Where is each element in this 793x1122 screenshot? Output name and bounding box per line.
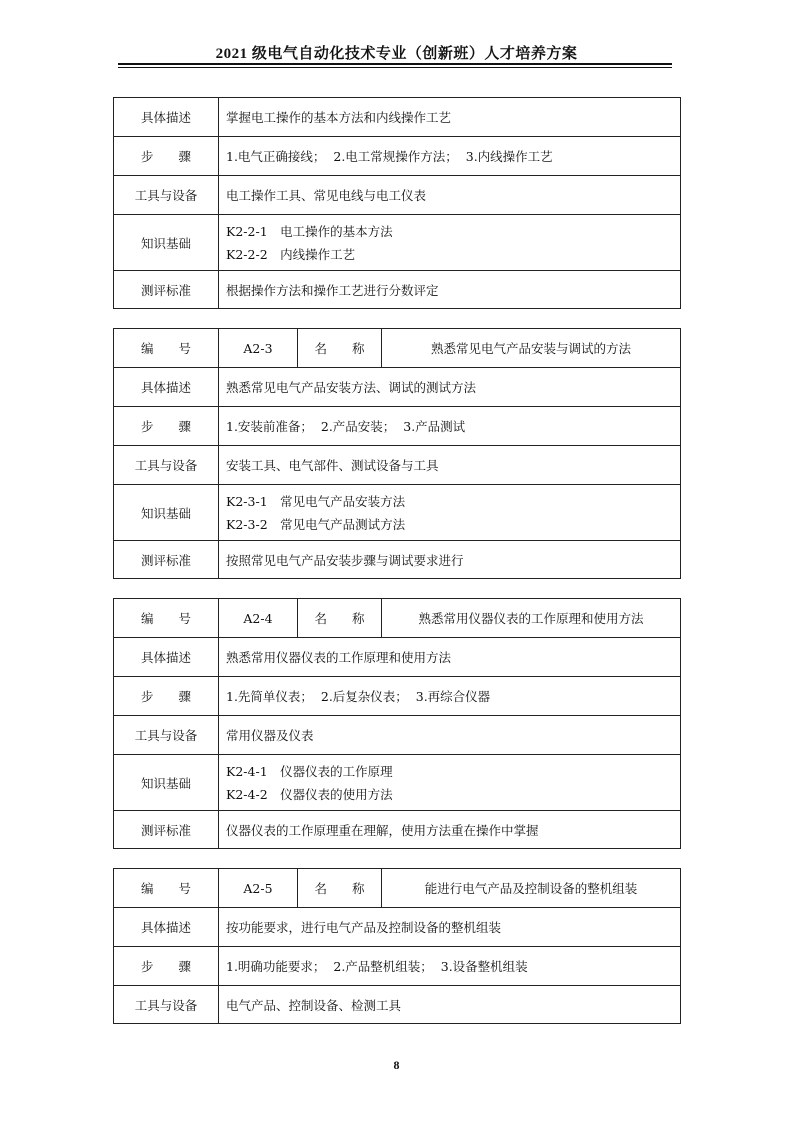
label-tools: 工具与设备 — [114, 446, 219, 485]
label-description: 具体描述 — [114, 908, 219, 947]
value-description: 按功能要求，进行电气产品及控制设备的整机组装 — [219, 908, 681, 947]
value-evaluation: 按照常见电气产品安装步骤与调试要求进行 — [219, 541, 681, 579]
label-name: 名 称 — [298, 599, 382, 638]
value-name: 能进行电气产品及控制设备的整机组装 — [382, 869, 681, 908]
row-evaluation: 测评标准 仪器仪表的工作原理重在理解，使用方法重在操作中掌握 — [114, 811, 681, 849]
label-name: 名 称 — [298, 329, 382, 368]
row-header: 编 号 A2-3 名 称 熟悉常见电气产品安装与调试的方法 — [114, 329, 681, 368]
label-knowledge: 知识基础 — [114, 215, 219, 271]
label-code: 编 号 — [114, 869, 219, 908]
label-knowledge: 知识基础 — [114, 755, 219, 811]
ability-table-a2-4: 编 号 A2-4 名 称 熟悉常用仪器仪表的工作原理和使用方法 具体描述 熟悉常… — [113, 598, 681, 849]
row-description: 具体描述 熟悉常见电气产品安装方法、调试的测试方法 — [114, 368, 681, 407]
row-tools: 工具与设备 电工操作工具、常见电线与电工仪表 — [114, 176, 681, 215]
value-evaluation: 根据操作方法和操作工艺进行分数评定 — [219, 271, 681, 309]
page-number: 8 — [0, 1058, 793, 1073]
row-knowledge: 知识基础 K2-3-1 常见电气产品安装方法 K2-3-2 常见电气产品测试方法 — [114, 485, 681, 541]
row-description: 具体描述 按功能要求，进行电气产品及控制设备的整机组装 — [114, 908, 681, 947]
label-code: 编 号 — [114, 329, 219, 368]
label-tools: 工具与设备 — [114, 176, 219, 215]
knowledge-item: K2-2-1 电工操作的基本方法 — [226, 220, 680, 243]
row-steps: 步 骤 1.明确功能要求； 2.产品整机组装； 3.设备整机组装 — [114, 947, 681, 986]
knowledge-item: K2-3-2 常见电气产品测试方法 — [226, 513, 680, 536]
label-steps: 步 骤 — [114, 677, 219, 716]
value-knowledge: K2-4-1 仪器仪表的工作原理 K2-4-2 仪器仪表的使用方法 — [219, 755, 681, 811]
row-steps: 步 骤 1.安装前准备； 2.产品安装； 3.产品测试 — [114, 407, 681, 446]
ability-table-a2-2: 具体描述 掌握电工操作的基本方法和内线操作工艺 步 骤 1.电气正确接线； 2.… — [113, 97, 681, 309]
value-code: A2-3 — [219, 329, 298, 368]
value-tools: 电工操作工具、常见电线与电工仪表 — [219, 176, 681, 215]
value-steps: 1.电气正确接线； 2.电工常规操作方法； 3.内线操作工艺 — [219, 137, 681, 176]
label-tools: 工具与设备 — [114, 716, 219, 755]
value-description: 掌握电工操作的基本方法和内线操作工艺 — [219, 98, 681, 137]
label-evaluation: 测评标准 — [114, 271, 219, 309]
row-header: 编 号 A2-5 名 称 能进行电气产品及控制设备的整机组装 — [114, 869, 681, 908]
knowledge-item: K2-3-1 常见电气产品安装方法 — [226, 490, 680, 513]
row-evaluation: 测评标准 按照常见电气产品安装步骤与调试要求进行 — [114, 541, 681, 579]
value-description: 熟悉常用仪器仪表的工作原理和使用方法 — [219, 638, 681, 677]
value-tools: 电气产品、控制设备、检测工具 — [219, 986, 681, 1024]
value-steps: 1.明确功能要求； 2.产品整机组装； 3.设备整机组装 — [219, 947, 681, 986]
value-code: A2-5 — [219, 869, 298, 908]
label-description: 具体描述 — [114, 368, 219, 407]
row-steps: 步 骤 1.电气正确接线； 2.电工常规操作方法； 3.内线操作工艺 — [114, 137, 681, 176]
ability-table-a2-5: 编 号 A2-5 名 称 能进行电气产品及控制设备的整机组装 具体描述 按功能要… — [113, 868, 681, 1024]
row-tools: 工具与设备 常用仪器及仪表 — [114, 716, 681, 755]
label-steps: 步 骤 — [114, 137, 219, 176]
header-double-rule — [118, 63, 672, 68]
row-header: 编 号 A2-4 名 称 熟悉常用仪器仪表的工作原理和使用方法 — [114, 599, 681, 638]
row-steps: 步 骤 1.先简单仪表； 2.后复杂仪表； 3.再综合仪器 — [114, 677, 681, 716]
value-code: A2-4 — [219, 599, 298, 638]
label-steps: 步 骤 — [114, 407, 219, 446]
row-evaluation: 测评标准 根据操作方法和操作工艺进行分数评定 — [114, 271, 681, 309]
value-name: 熟悉常见电气产品安装与调试的方法 — [382, 329, 681, 368]
value-steps: 1.先简单仪表； 2.后复杂仪表； 3.再综合仪器 — [219, 677, 681, 716]
label-description: 具体描述 — [114, 98, 219, 137]
value-name: 熟悉常用仪器仪表的工作原理和使用方法 — [382, 599, 681, 638]
value-tools: 常用仪器及仪表 — [219, 716, 681, 755]
row-knowledge: 知识基础 K2-4-1 仪器仪表的工作原理 K2-4-2 仪器仪表的使用方法 — [114, 755, 681, 811]
label-evaluation: 测评标准 — [114, 541, 219, 579]
label-tools: 工具与设备 — [114, 986, 219, 1024]
row-description: 具体描述 掌握电工操作的基本方法和内线操作工艺 — [114, 98, 681, 137]
page-header-title: 2021 级电气自动化技术专业（创新班）人才培养方案 — [0, 42, 793, 63]
label-knowledge: 知识基础 — [114, 485, 219, 541]
label-steps: 步 骤 — [114, 947, 219, 986]
row-description: 具体描述 熟悉常用仪器仪表的工作原理和使用方法 — [114, 638, 681, 677]
knowledge-item: K2-4-1 仪器仪表的工作原理 — [226, 760, 680, 783]
knowledge-item: K2-4-2 仪器仪表的使用方法 — [226, 783, 680, 806]
row-tools: 工具与设备 电气产品、控制设备、检测工具 — [114, 986, 681, 1024]
value-knowledge: K2-3-1 常见电气产品安装方法 K2-3-2 常见电气产品测试方法 — [219, 485, 681, 541]
label-description: 具体描述 — [114, 638, 219, 677]
value-steps: 1.安装前准备； 2.产品安装； 3.产品测试 — [219, 407, 681, 446]
row-knowledge: 知识基础 K2-2-1 电工操作的基本方法 K2-2-2 内线操作工艺 — [114, 215, 681, 271]
label-evaluation: 测评标准 — [114, 811, 219, 849]
value-description: 熟悉常见电气产品安装方法、调试的测试方法 — [219, 368, 681, 407]
value-knowledge: K2-2-1 电工操作的基本方法 K2-2-2 内线操作工艺 — [219, 215, 681, 271]
row-tools: 工具与设备 安装工具、电气部件、测试设备与工具 — [114, 446, 681, 485]
value-evaluation: 仪器仪表的工作原理重在理解，使用方法重在操作中掌握 — [219, 811, 681, 849]
label-name: 名 称 — [298, 869, 382, 908]
value-tools: 安装工具、电气部件、测试设备与工具 — [219, 446, 681, 485]
label-code: 编 号 — [114, 599, 219, 638]
ability-table-a2-3: 编 号 A2-3 名 称 熟悉常见电气产品安装与调试的方法 具体描述 熟悉常见电… — [113, 328, 681, 579]
knowledge-item: K2-2-2 内线操作工艺 — [226, 243, 680, 266]
